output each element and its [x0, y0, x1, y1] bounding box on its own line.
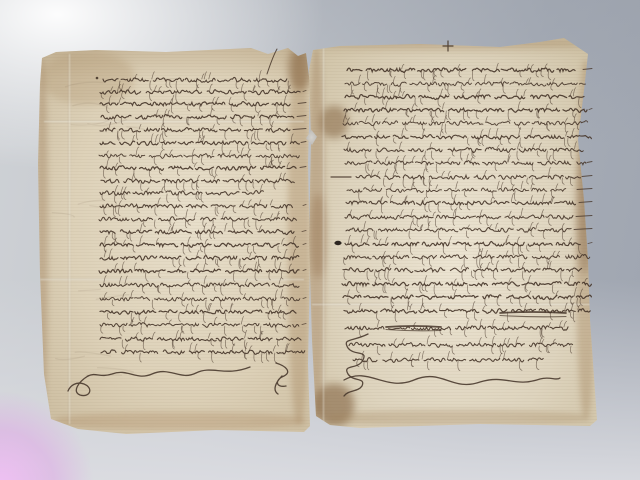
- paper-stain: [328, 410, 590, 426]
- paper-stain: [54, 412, 306, 430]
- manuscript-photograph: Double leaf of a 17th/18th-century Frenc…: [0, 0, 640, 480]
- paper-stain: [288, 46, 312, 90]
- manuscript-left-page: [36, 44, 312, 436]
- paper-stain: [42, 52, 134, 104]
- fold-crease: [322, 46, 325, 426]
- paper-stain: [288, 52, 310, 424]
- fold-crease: [40, 278, 304, 281]
- paper-stain: [578, 144, 592, 274]
- fold-crease: [68, 54, 71, 424]
- paper-stain: [36, 58, 48, 420]
- manuscript-right-page: [308, 26, 602, 432]
- fold-crease: [312, 303, 594, 306]
- paper-stain: [316, 38, 584, 49]
- fold-crease: [44, 120, 304, 123]
